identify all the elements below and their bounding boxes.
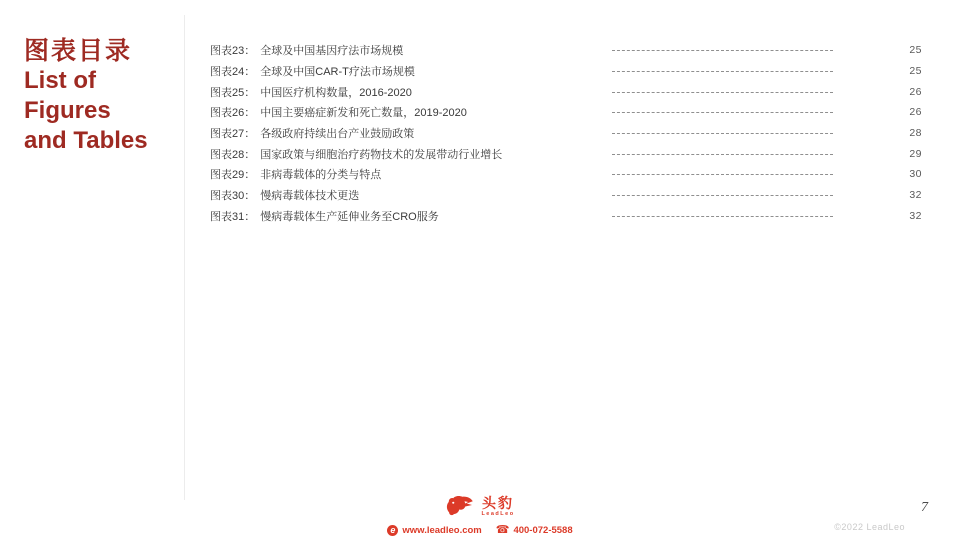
toc-entry-label: 图表31： xyxy=(210,208,255,224)
dotted-leader xyxy=(612,174,833,175)
toc-entry-row[interactable]: 图表29： 非病毒载体的分类与特点 30 xyxy=(210,164,922,185)
phone-icon: ☎ xyxy=(496,525,510,536)
toc-entry-title: 中国主要癌症新发和死亡数量，2019-2020 xyxy=(260,104,467,120)
toc-entry-label: 图表27： xyxy=(210,125,255,141)
toc-entry-title: 非病毒载体的分类与特点 xyxy=(260,166,381,182)
dotted-leader xyxy=(612,195,833,196)
toc-entry-page-number: 26 xyxy=(909,106,922,118)
page-title-chinese: 图表目录 xyxy=(24,36,174,66)
toc-entry-label: 图表29： xyxy=(210,166,255,182)
toc-entry-row[interactable]: 图表30： 慢病毒载体技术更迭 32 xyxy=(210,185,922,206)
toc-entry-title: 国家政策与细胞治疗药物技术的发展带动行业增长 xyxy=(260,146,502,162)
toc-entry-label: 图表30： xyxy=(210,187,255,203)
dotted-leader xyxy=(612,71,833,72)
toc-entry-page-number: 25 xyxy=(909,65,922,77)
toc-entry-row[interactable]: 图表25： 中国医疗机构数量，2016-2020 26 xyxy=(210,81,922,102)
page-title: 图表目录 List of Figures and Tables xyxy=(24,36,174,156)
dotted-leader xyxy=(612,133,833,134)
page-title-english-line1: List of xyxy=(24,66,174,96)
phone-number: 400-072-5588 xyxy=(513,525,572,536)
toc-entry-title: 全球及中国CAR-T疗法市场规模 xyxy=(260,63,415,79)
dotted-leader xyxy=(612,112,833,113)
leopard-logo-icon xyxy=(445,494,475,519)
dotted-leader xyxy=(612,216,833,217)
page-title-english-line3: and Tables xyxy=(24,126,174,156)
website-link[interactable]: e www.leadleo.com xyxy=(387,525,481,536)
toc-entry-label: 图表26： xyxy=(210,104,255,120)
toc-entry-label: 图表24： xyxy=(210,63,255,79)
page-number: 7 xyxy=(921,500,928,516)
toc-entry-label: 图表28： xyxy=(210,146,255,162)
toc-entry-title: 中国医疗机构数量，2016-2020 xyxy=(260,84,412,100)
toc-entry-title: 全球及中国基因疗法市场规模 xyxy=(260,42,403,58)
dotted-leader xyxy=(612,92,833,93)
logo-chinese-name: 头豹 xyxy=(482,496,514,511)
toc-entry-page-number: 29 xyxy=(909,148,922,160)
toc-entry-page-number: 26 xyxy=(909,86,922,98)
figures-table-of-contents: 图表23： 全球及中国基因疗法市场规模 25 图表24： 全球及中国CAR-T疗… xyxy=(210,40,922,226)
website-url: www.leadleo.com xyxy=(402,525,481,536)
toc-entry-label: 图表25： xyxy=(210,84,255,100)
phone-contact: ☎ 400-072-5588 xyxy=(496,525,573,536)
toc-entry-page-number: 25 xyxy=(909,44,922,56)
toc-entry-row[interactable]: 图表26： 中国主要癌症新发和死亡数量，2019-2020 26 xyxy=(210,102,922,123)
logo-english-name: LeadLeo xyxy=(481,511,514,517)
toc-entry-row[interactable]: 图表24： 全球及中国CAR-T疗法市场规模 25 xyxy=(210,61,922,82)
toc-entry-page-number: 32 xyxy=(909,189,922,201)
toc-entry-row[interactable]: 图表31： 慢病毒载体生产延伸业务至CRO服务 32 xyxy=(210,206,922,227)
vertical-divider xyxy=(184,15,185,500)
page-title-english-line2: Figures xyxy=(24,96,174,126)
dotted-leader xyxy=(612,154,833,155)
footer-logo: 头豹 LeadLeo xyxy=(0,494,960,519)
dotted-leader xyxy=(612,50,833,51)
toc-entry-title: 各级政府持续出台产业鼓励政策 xyxy=(260,125,414,141)
toc-entry-row[interactable]: 图表27： 各级政府持续出台产业鼓励政策 28 xyxy=(210,123,922,144)
toc-entry-page-number: 28 xyxy=(909,127,922,139)
toc-entry-title: 慢病毒载体技术更迭 xyxy=(260,187,359,203)
toc-entry-page-number: 32 xyxy=(909,210,922,222)
toc-entry-row[interactable]: 图表28： 国家政策与细胞治疗药物技术的发展带动行业增长 29 xyxy=(210,143,922,164)
document-page: 图表目录 List of Figures and Tables 图表23： 全球… xyxy=(0,0,960,540)
toc-entry-title: 慢病毒载体生产延伸业务至CRO服务 xyxy=(260,208,438,224)
globe-icon: e xyxy=(387,525,398,536)
copyright-notice: ©2022 LeadLeo xyxy=(834,522,905,532)
toc-entry-page-number: 30 xyxy=(909,168,922,180)
footer-contact-bar: e www.leadleo.com ☎ 400-072-5588 xyxy=(0,525,960,536)
toc-entry-row[interactable]: 图表23： 全球及中国基因疗法市场规模 25 xyxy=(210,40,922,61)
toc-entry-label: 图表23： xyxy=(210,42,255,58)
